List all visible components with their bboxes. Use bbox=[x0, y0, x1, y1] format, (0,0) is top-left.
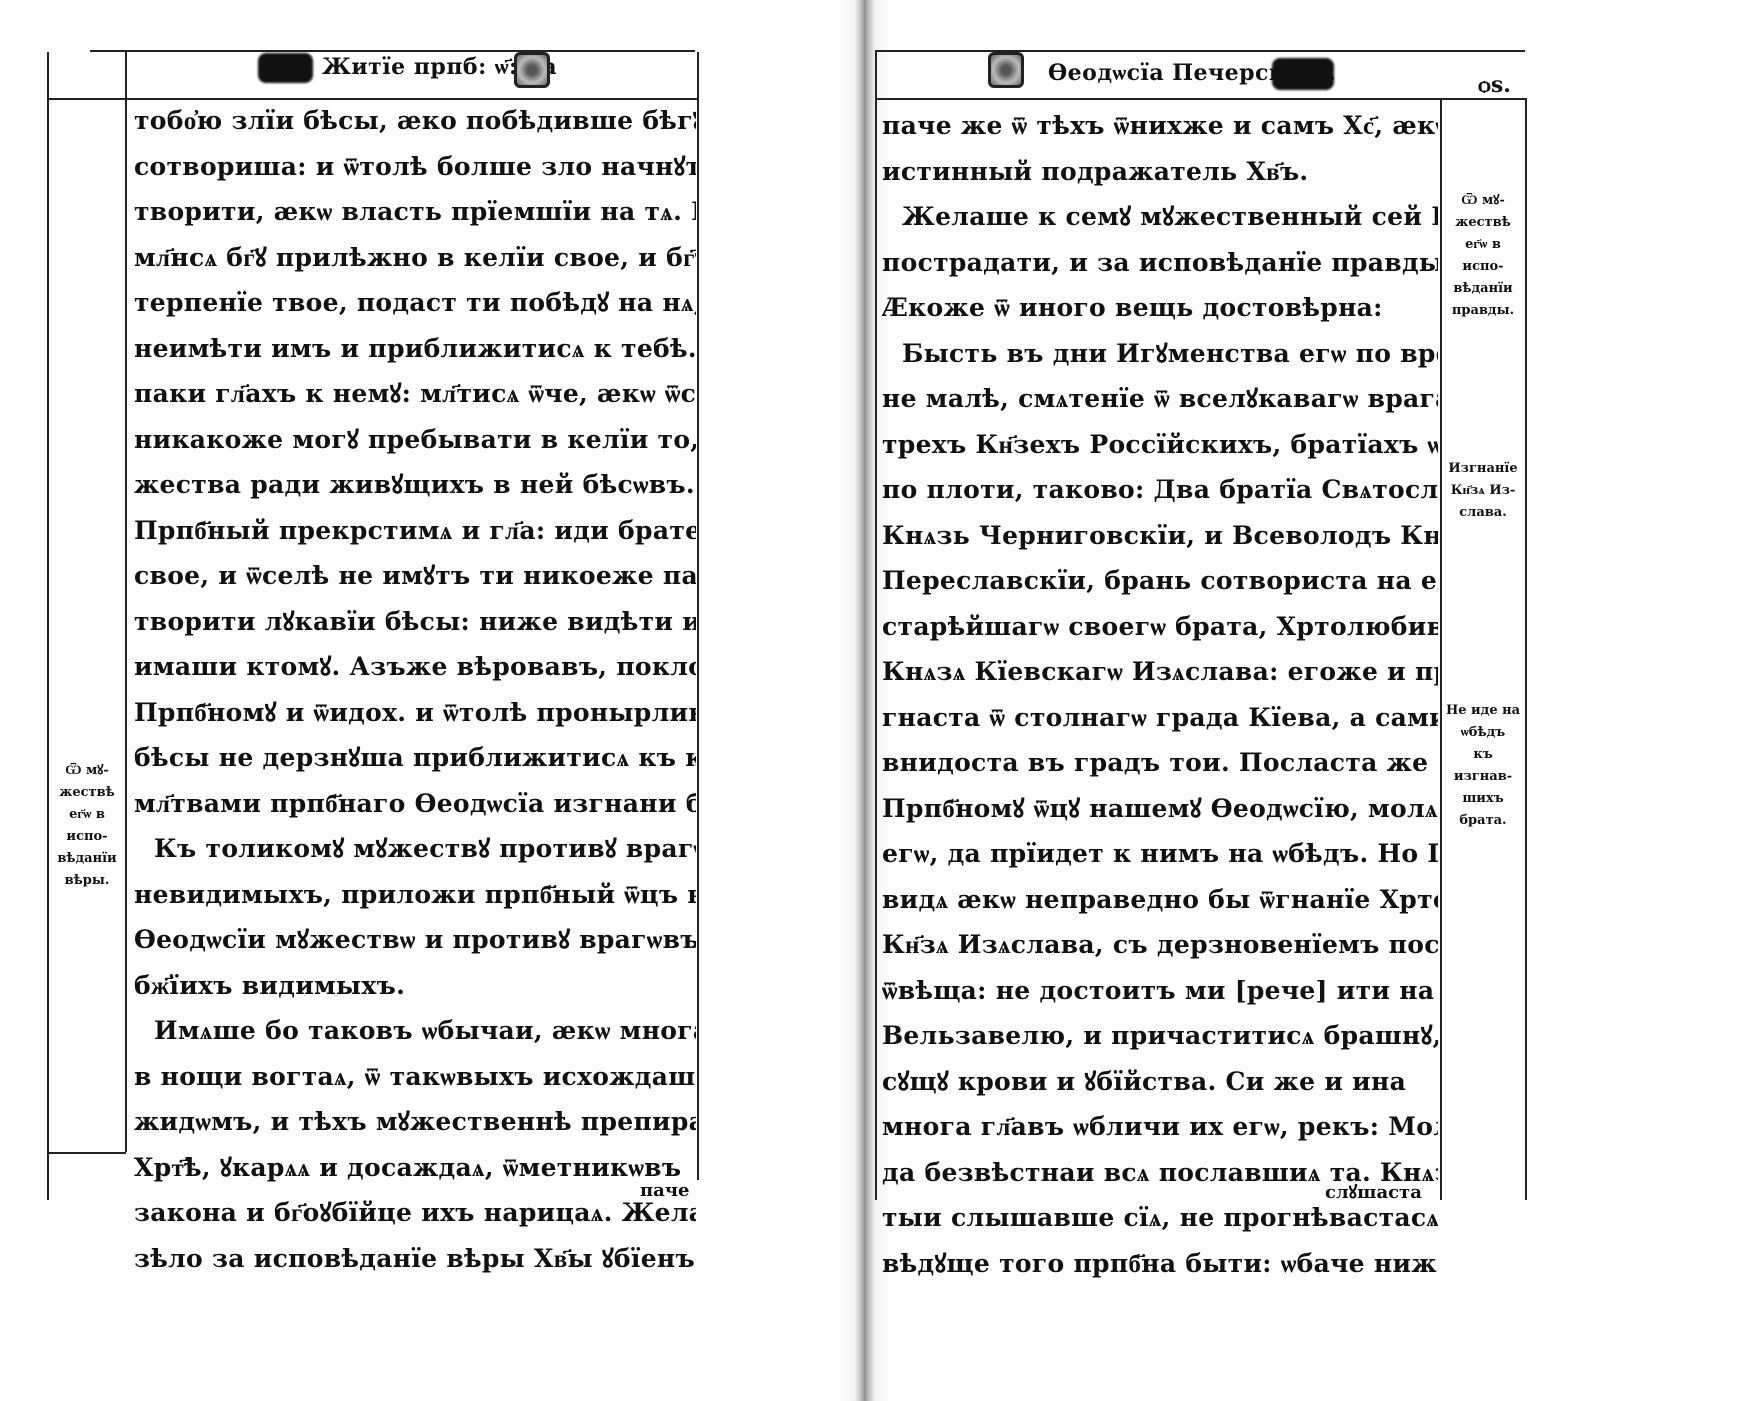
right-text-block: паче же ѿ тѣхъ ѿнихже и самъ Хс҃, ӕкѡ ис… bbox=[882, 103, 1438, 1286]
text-line: внидоста въ градъ тои. Посласта же къ bbox=[882, 740, 1438, 786]
margin-note-line: Кн҃зѧ Из- bbox=[1443, 480, 1523, 502]
text-line: паче же ѿ тѣхъ ѿнихже и самъ Хс҃, ӕкѡ bbox=[882, 103, 1438, 149]
folio-number: ѻѕ. bbox=[1478, 72, 1511, 98]
catchword: слꙋшаста bbox=[1325, 1180, 1422, 1204]
ornament-icon bbox=[988, 52, 1024, 88]
text-line: видѧ ӕкѡ неправедно бы ѿгнанїе Хртолюбив… bbox=[882, 877, 1438, 923]
text-line: пострадати, и за исповѣданїе правды. bbox=[882, 240, 1438, 286]
margin-note-line: Изгнанїе bbox=[1443, 458, 1523, 480]
text-line: Переславскїи, брань сотвориста на единаг… bbox=[882, 558, 1438, 604]
right-page: Ѳеодѡсїа Печерскагѡ. ѻѕ. паче же ѿ тѣхъ … bbox=[0, 0, 1755, 1401]
text-line: Кнѧзь Черниговскїи, и Всеволодъ Кнѧзь bbox=[882, 513, 1438, 559]
text-line: Бысть въ дни Игꙋменства егѡ по времени bbox=[882, 331, 1438, 377]
margin-note-line: слава. bbox=[1443, 502, 1523, 524]
margin-note-line: Не иде на bbox=[1443, 700, 1523, 722]
text-line: трехъ Кн҃зехъ Россїйскихъ, братїахъ ѡбщи… bbox=[882, 422, 1438, 468]
margin-note: Ѿ мꙋ- жествѣ ег҃ѡ в испо- вѣданїи правды… bbox=[1443, 190, 1523, 322]
text-column-left-rule bbox=[875, 52, 877, 1200]
margin-note-line: ѡбѣдъ bbox=[1443, 722, 1523, 744]
text-line: не малѣ, смѧтенїе ѿ вселꙋкавагѡ врага, в… bbox=[882, 376, 1438, 422]
text-line: Кнѧзѧ Кїевскагѡ Изѧслава: егоже и про- bbox=[882, 649, 1438, 695]
text-line: ѿвѣща: не достоитъ ми [рече] ити на трап… bbox=[882, 968, 1438, 1014]
margin-note-line: ег҃ѡ в испо- bbox=[1443, 234, 1523, 278]
text-line: Вельзавелю, и причаститисѧ брашнꙋ, испол… bbox=[882, 1013, 1438, 1059]
top-rule bbox=[875, 50, 1525, 52]
text-line: по плоти, таково: Два братїа Свѧтославъ bbox=[882, 467, 1438, 513]
text-line: Ӕкоже ѿ иного вещь достовѣрна: bbox=[882, 285, 1438, 331]
text-line: истинный подражатель Хв҃ъ. bbox=[882, 149, 1438, 195]
text-column-right-rule bbox=[1440, 98, 1442, 1200]
margin-note-line: къ изгнав- bbox=[1443, 744, 1523, 788]
text-line: Кн҃зѧ Изѧслава, съ дерзновенїемъ посланн… bbox=[882, 922, 1438, 968]
margin-note-line: Ѿ мꙋ- bbox=[1443, 190, 1523, 212]
margin-outer-rule bbox=[1525, 98, 1527, 1200]
margin-note-line: шихъ bbox=[1443, 788, 1523, 810]
ink-blot bbox=[1272, 58, 1334, 90]
header-rule bbox=[875, 98, 1525, 100]
margin-note-line: брата. bbox=[1443, 810, 1523, 832]
margin-note-line: жествѣ bbox=[1443, 212, 1523, 234]
text-line: сꙋщꙋ крови и ꙋбїйства. Си же и ина bbox=[882, 1059, 1438, 1105]
text-line: гнаста ѿ столнагѡ града Кїева, а сами bbox=[882, 695, 1438, 741]
text-line: егѡ, да прїидет к нимъ на ѡбѣдъ. Но Прпб… bbox=[882, 831, 1438, 877]
margin-note-line: правды. bbox=[1443, 300, 1523, 322]
text-line: старѣйшагѡ своегѡ брата, Хртолюбиваго bbox=[882, 604, 1438, 650]
margin-note: Изгнанїе Кн҃зѧ Из- слава. bbox=[1443, 458, 1523, 524]
text-line: Прпб҃номꙋ ѿцꙋ нашемꙋ Ѳеодѡсїю, молѧще bbox=[882, 786, 1438, 832]
margin-note: Не иде на ѡбѣдъ къ изгнав- шихъ брата. bbox=[1443, 700, 1523, 832]
text-line: Желаше к семꙋ мꙋжественный сей Прпб҃ный bbox=[882, 194, 1438, 240]
margin-note-line: вѣданїи bbox=[1443, 278, 1523, 300]
text-line: многа гл҃авъ ѡбличи их егѡ, рекъ: Молита bbox=[882, 1104, 1438, 1150]
text-line: вѣдꙋще того прпб҃на быти: ѡбаче ниже по- bbox=[882, 1241, 1438, 1287]
